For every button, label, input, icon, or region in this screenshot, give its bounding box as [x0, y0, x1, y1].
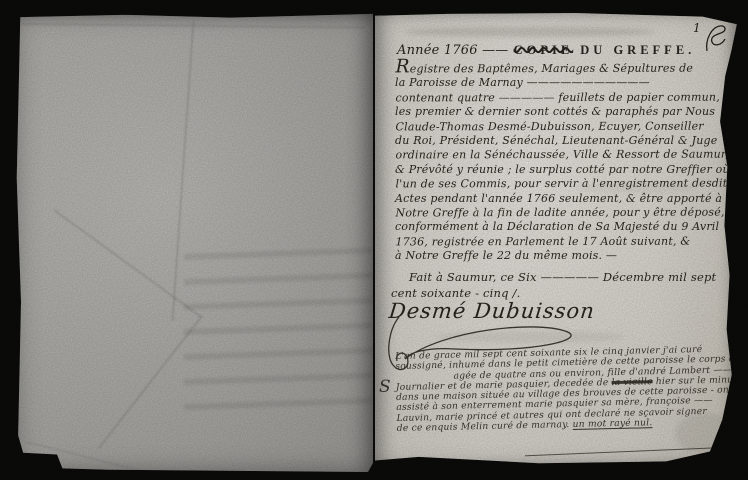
burial-act-entry: L'an de grace mil sept cent soixante six… — [395, 344, 733, 434]
formula-line: Notre Greffe à la fin de ladite année, p… — [395, 206, 719, 221]
paper-crease — [26, 441, 143, 472]
margin-paraph-letter: S — [379, 377, 391, 397]
paper-streaks — [184, 245, 372, 421]
rayé-nul-note: un mot rayé nul. — [572, 417, 652, 430]
page-heading: Année 1766 —— COPIE DU GREFFE. — [397, 39, 727, 58]
greffe-title-struck: COPIE — [514, 43, 574, 57]
register-scan: 1 Année 1766 —— COPIE DU GREFFE. Registr… — [0, 0, 748, 480]
formula-line: & Prévôté y réunie ; le surplus cotté pa… — [395, 163, 719, 177]
formula-line: ordinaire en la Sénéchaussée, Ville & Re… — [395, 148, 719, 163]
closing-line: Fait à Saumur, ce Six ————— Décembre mil… — [391, 269, 721, 285]
formula-line: l'un de ses Commis, pour servir à l'enre… — [395, 177, 719, 192]
formula-line: à Notre Greffe le 22 du même mois. — — [395, 249, 719, 263]
signature-block: Desmé Dubuisson — [389, 299, 649, 323]
formula-line: contenant quatre ————— feuillets de papi… — [395, 90, 719, 105]
formula-line: conformément à la Déclaration de Sa Maje… — [395, 220, 719, 234]
formula-line: du Roi, Président, Sénéchal, Lieutenant-… — [395, 134, 719, 148]
left-blank-page — [16, 13, 373, 472]
greffe-formula-paragraph: Registre des Baptêmes, Mariages & Sépult… — [395, 60, 719, 264]
folio-number: 1 — [693, 21, 701, 35]
formula-line: Actes pendant l'année 1766 seulement, & … — [395, 192, 719, 206]
closing-statement: Fait à Saumur, ce Six ————— Décembre mil… — [391, 269, 721, 301]
ink-bleedthrough — [405, 27, 655, 37]
greffe-title: DU GREFFE. — [573, 43, 695, 57]
year-label: Année 1766 —— — [397, 43, 508, 58]
formula-line: les premier & dernier sont cottés & para… — [395, 105, 719, 119]
formula-line: la Paroisse de Marnay ——————————— — [395, 76, 719, 90]
formula-line: Registre des Baptêmes, Mariages & Sépult… — [395, 60, 719, 77]
formula-line: 1736, registrée en Parlement le 17 Août … — [395, 234, 719, 249]
formula-line: Claude-Thomas Desmé-Dubuisson, Ecuyer, C… — [395, 119, 719, 134]
right-manuscript-page: 1 Année 1766 —— COPIE DU GREFFE. Registr… — [375, 13, 739, 465]
